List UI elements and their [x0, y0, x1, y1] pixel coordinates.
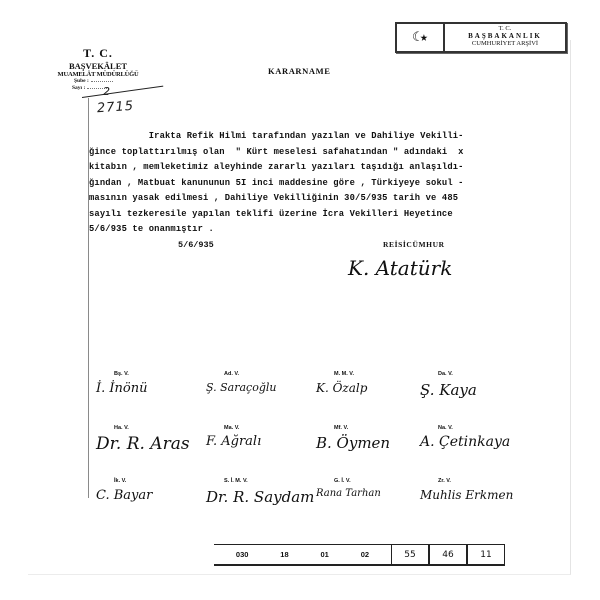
minister-title: M. M. V.	[334, 371, 354, 377]
minister-title: İk. V.	[114, 478, 126, 484]
reference-part: 01	[321, 550, 329, 559]
handwritten-number-top: 2	[103, 85, 110, 98]
reference-part: 02	[361, 550, 369, 559]
sayi-label: Sayı :	[72, 85, 85, 91]
minister-title: Ad. V.	[224, 371, 239, 377]
body-line: sayılı tezkeresile yapılan teklifi üzeri…	[89, 207, 569, 223]
body-line: 5/6/935 te onanmıştır .	[89, 222, 569, 238]
reference-code-cells: 554611	[391, 545, 505, 564]
letterhead: T. C. BAŞVEKÂLET MUAMELÂT MÜDÜRLÜĞÜ	[38, 46, 158, 79]
minister-title: Ha. V.	[114, 425, 129, 431]
crescent-star-icon: ☾★	[397, 24, 445, 51]
minister-signature: Dr. R. Saydam	[206, 488, 314, 506]
decree-body: Irakta Refik Hilmi tarafından yazılan ve…	[89, 129, 569, 238]
minister-signature: C. Bayar	[96, 488, 152, 503]
minister-title: Bş. V.	[114, 371, 129, 377]
minister-title: Zr. V.	[438, 478, 451, 484]
reference-code-parts: 030180102	[214, 545, 391, 564]
minister-title: Ma. V.	[224, 425, 239, 431]
president-title: REİSİCÜMHUR	[383, 240, 445, 249]
minister-signature: İ. İnönü	[96, 381, 147, 396]
minister-title: Mf. V.	[334, 425, 348, 431]
minister-signature: F. Ağralı	[206, 434, 261, 449]
minister-title: S. İ. M. V.	[224, 478, 248, 484]
minister-signature: B. Öymen	[316, 434, 390, 452]
minister-signature: Rana Tarhan	[316, 488, 381, 499]
stamp-line2: BAŞBAKANLIK	[445, 33, 565, 41]
minister-title: Da. V.	[438, 371, 453, 377]
sube-field: Şube :	[74, 78, 113, 84]
reference-cell: 11	[467, 544, 505, 565]
letterhead-office: BAŞVEKÂLET	[38, 61, 158, 71]
body-line: ğince toplattırılmış olan " Kürt meseles…	[89, 145, 569, 161]
sube-label: Şube :	[74, 78, 89, 84]
letterhead-state: T. C.	[38, 46, 158, 61]
minister-title: Na. V.	[438, 425, 453, 431]
archive-stamp: ☾★ T. C. BAŞBAKANLIK CUMHURİYET ARŞİVİ	[395, 22, 567, 53]
decree-date: 5/6/935	[178, 240, 214, 250]
body-line: ğından , Matbuat kanununun 5I inci madde…	[89, 176, 569, 192]
stamp-line3: CUMHURİYET ARŞİVİ	[445, 40, 565, 48]
minister-signature: A. Çetinkaya	[420, 434, 510, 450]
minister-signature: Dr. R. Aras	[96, 434, 190, 454]
reference-part: 030	[236, 550, 249, 559]
document-title: KARARNAME	[268, 66, 331, 76]
minister-signature: Ş. Kaya	[420, 381, 477, 399]
reference-cell: 55	[391, 544, 429, 565]
body-line: Irakta Refik Hilmi tarafından yazılan ve…	[89, 129, 569, 145]
president-signature: K. Atatürk	[348, 256, 452, 280]
minister-title: G. İ. V.	[334, 478, 351, 484]
body-line: masının yasak edilmesi , Dahiliye Vekill…	[89, 191, 569, 207]
handwritten-number-bottom: 2715	[97, 99, 135, 117]
body-line: kitabın , memleketimiz aleyhinde zararlı…	[89, 160, 569, 176]
reference-cell: 46	[429, 544, 467, 565]
archive-reference-code: 030180102 554611	[214, 544, 505, 566]
minister-signature: Ş. Saraçoğlu	[206, 381, 276, 394]
reference-part: 18	[280, 550, 288, 559]
minister-signature: K. Özalp	[316, 381, 367, 395]
minister-signature: Muhlis Erkmen	[420, 488, 513, 502]
